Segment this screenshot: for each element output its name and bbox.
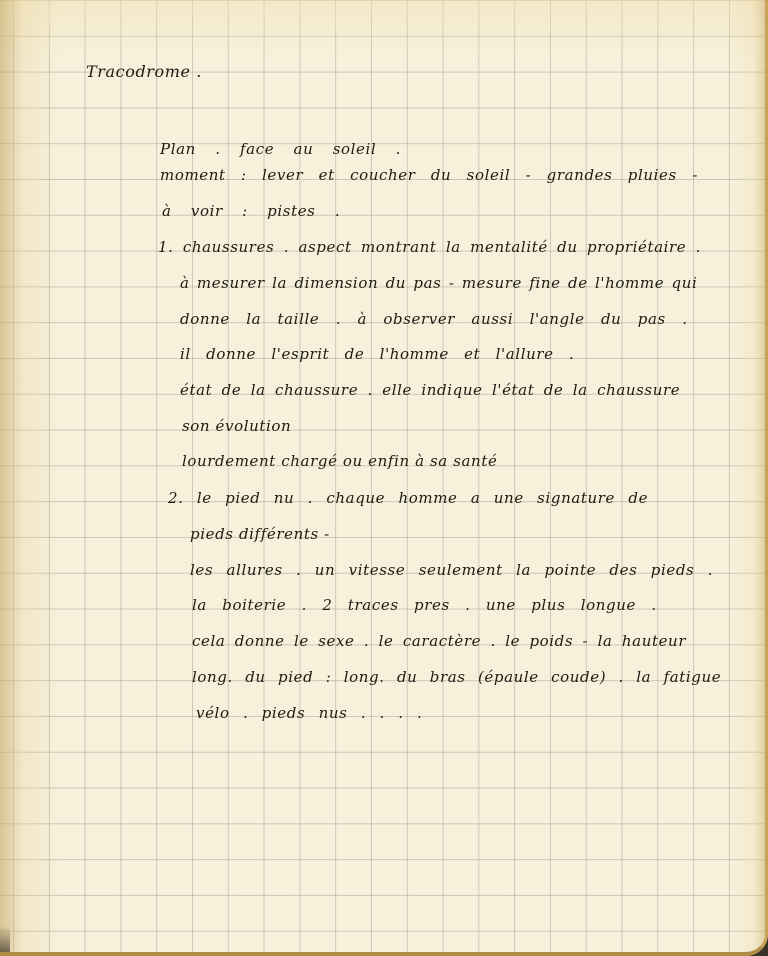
binding-shadow xyxy=(0,926,10,956)
note-line: les allures . un vitesse seulement la po… xyxy=(190,563,713,578)
note-line: état de la chaussure . elle indique l'ét… xyxy=(180,383,680,398)
notebook-page: Tracodrome . Plan . face au soleil . mom… xyxy=(0,0,768,956)
note-line: cela donne le sexe . le caractère . le p… xyxy=(192,634,686,649)
page-heading: Tracodrome . xyxy=(86,64,202,80)
note-line: pieds différents - xyxy=(190,527,330,542)
note-line: la boiterie . 2 traces pres . une plus l… xyxy=(192,598,657,613)
note-line: lourdement chargé ou enfin à sa santé xyxy=(182,454,497,469)
note-line: il donne l'esprit de l'homme et l'allure… xyxy=(180,347,574,362)
note-line: vélo . pieds nus . . . . xyxy=(196,706,422,721)
note-line: 2. le pied nu . chaque homme a une signa… xyxy=(168,491,648,506)
note-line: 1. chaussures . aspect montrant la menta… xyxy=(158,240,701,255)
note-line: à voir : pistes . xyxy=(162,204,340,219)
note-line: moment : lever et coucher du soleil - gr… xyxy=(160,168,698,183)
note-line: long. du pied : long. du bras (épaule co… xyxy=(192,670,721,685)
note-line: à mesurer la dimension du pas - mesure f… xyxy=(180,276,697,291)
note-line: Plan . face au soleil . xyxy=(160,142,401,157)
note-line: donne la taille . à observer aussi l'ang… xyxy=(180,312,688,327)
note-line: son évolution xyxy=(182,419,291,434)
